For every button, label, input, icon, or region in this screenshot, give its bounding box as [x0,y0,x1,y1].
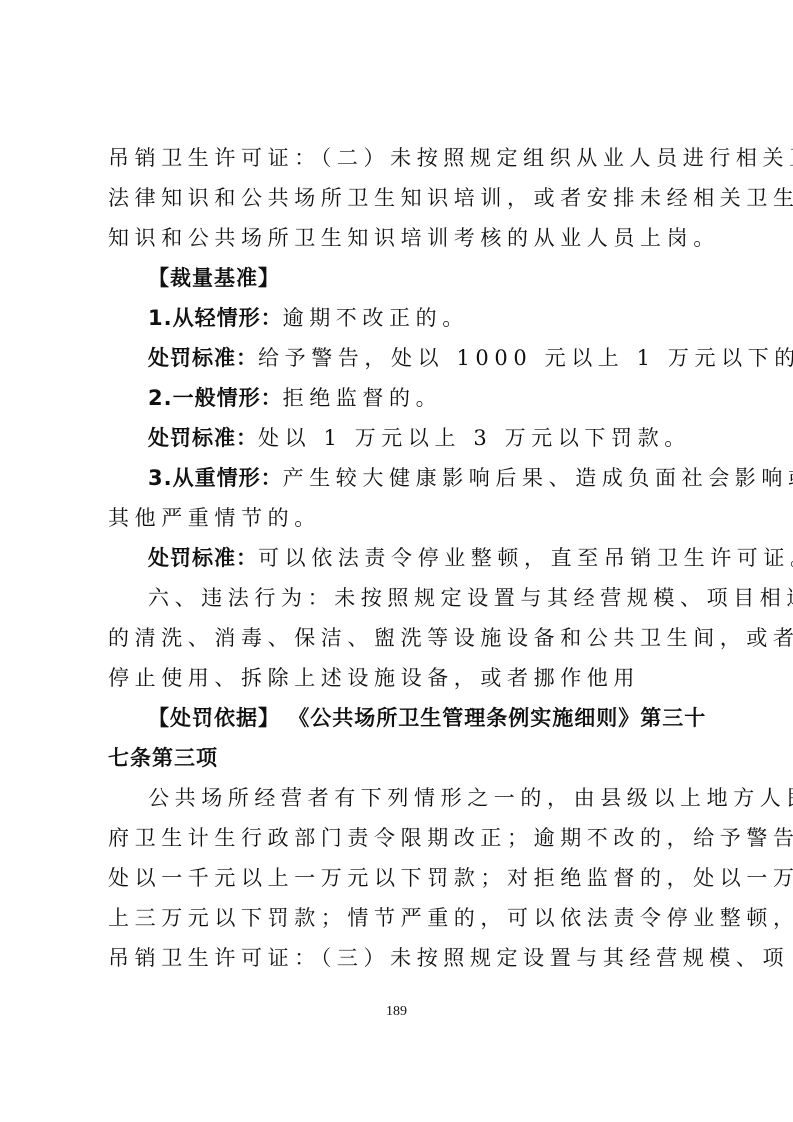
violation-line: 停止使用、拆除上述设施设备，或者挪作他用 [108,658,693,698]
body-text-line: 法律知识和公共场所卫生知识培训，或者安排未经相关卫生法律 [108,178,693,218]
criteria-text: 处以 1 万元以上 3 万元以下罚款。 [258,426,691,450]
criteria-label: 处罚标准： [148,426,258,450]
violation-line: 六、违法行为：未按照规定设置与其经营规模、项目相适应 [108,578,693,618]
basis-body-line: 处以一千元以上一万元以下罚款；对拒绝监督的，处以一万元以 [108,858,693,898]
basis-body-line: 上三万元以下罚款；情节严重的，可以依法责令停业整顿，直至 [108,898,693,938]
criteria-light: 1.从轻情形：逾期不改正的。 [108,298,693,338]
criteria-text: 拒绝监督的。 [283,386,443,410]
criteria-heavy-continued: 其他严重情节的。 [108,498,693,538]
basis-body-line: 公共场所经营者有下列情形之一的，由县级以上地方人民政 [108,778,693,818]
document-page: 吊销卫生许可证：（二）未按照规定组织从业人员进行相关卫生 法律知识和公共场所卫生… [108,138,693,978]
criteria-label: 3.从重情形： [148,466,283,490]
criteria-text: 其他严重情节的。 [108,506,321,530]
criteria-label: 处罚标准： [148,346,258,370]
criteria-label: 1.从轻情形： [148,306,283,330]
criteria-label: 处罚标准： [148,546,258,570]
penalty-basis-heading-continued: 七条第三项 [108,738,693,778]
body-text-line: 吊销卫生许可证：（二）未按照规定组织从业人员进行相关卫生 [108,138,693,178]
criteria-text: 给予警告，处以 1000 元以上 1 万元以下的罚款。 [258,346,793,370]
criteria-general: 2.一般情形：拒绝监督的。 [108,378,693,418]
criteria-text: 产生较大健康影响后果、造成负面社会影响或 [283,466,793,490]
criteria-text: 逾期不改正的。 [283,306,469,330]
penalty-standard-general: 处罚标准：处以 1 万元以上 3 万元以下罚款。 [108,418,693,458]
penalty-basis-heading: 【处罚依据】 《公共场所卫生管理条例实施细则》第三十 [108,698,693,738]
section-heading-discretion-standard: 【裁量基准】 [108,258,693,298]
criteria-heavy: 3.从重情形：产生较大健康影响后果、造成负面社会影响或 [108,458,693,498]
penalty-standard-light: 处罚标准：给予警告，处以 1000 元以上 1 万元以下的罚款。 [108,338,693,378]
penalty-standard-heavy: 处罚标准：可以依法责令停业整顿，直至吊销卫生许可证。 [108,538,693,578]
body-text-line: 知识和公共场所卫生知识培训考核的从业人员上岗。 [108,218,693,258]
basis-body-line: 府卫生计生行政部门责令限期改正；逾期不改的，给予警告，并 [108,818,693,858]
page-number: 189 [0,1004,793,1020]
criteria-text: 可以依法责令停业整顿，直至吊销卫生许可证。 [258,546,793,570]
criteria-label: 2.一般情形： [148,386,283,410]
violation-line: 的清洗、消毒、保洁、盥洗等设施设备和公共卫生间，或者擅自 [108,618,693,658]
basis-body-line: 吊销卫生许可证：（三）未按照规定设置与其经营规模、项目相 [108,938,693,978]
